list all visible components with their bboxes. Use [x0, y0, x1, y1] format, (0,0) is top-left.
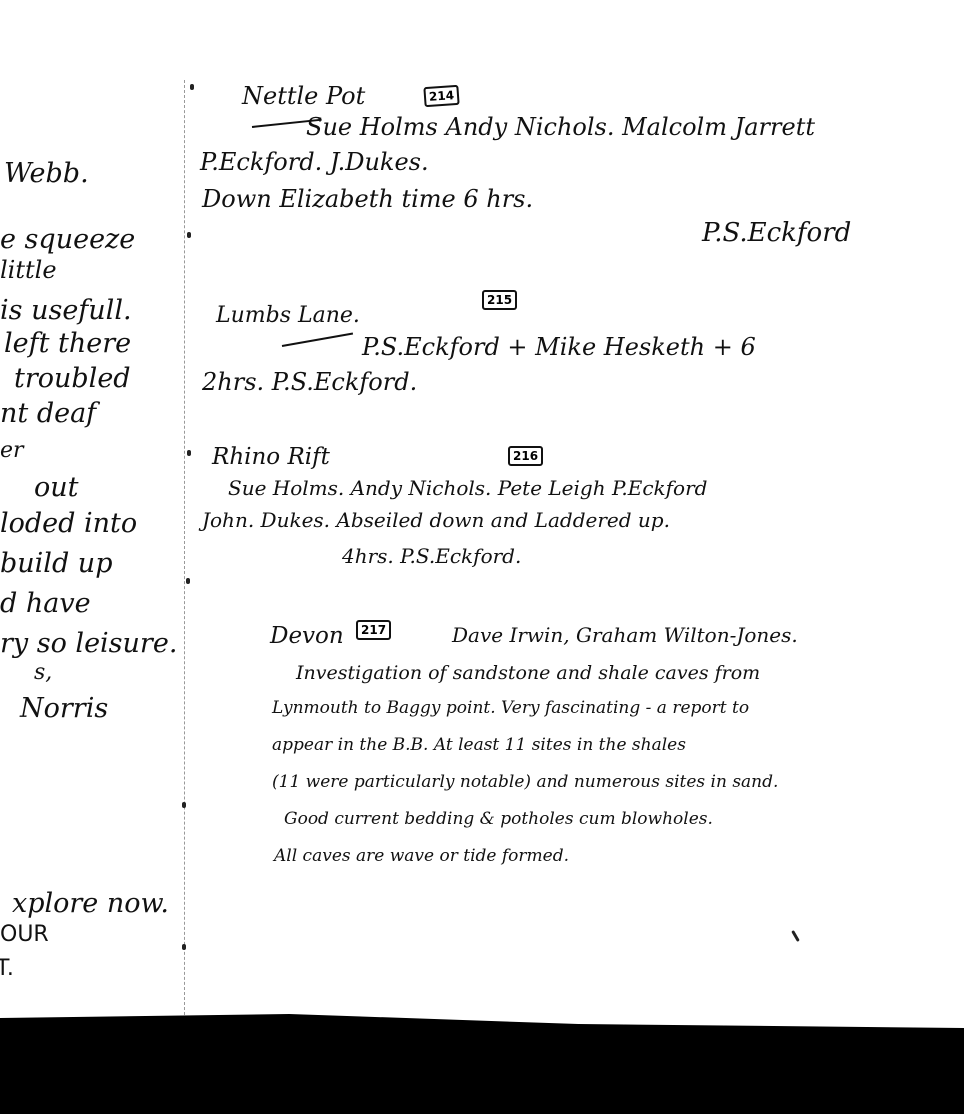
left-line: out	[34, 474, 79, 501]
entry-line: P.Eckford. J.Dukes.	[200, 150, 429, 174]
entry-line: 2hrs. P.S.Eckford.	[202, 370, 417, 394]
entry-line: Down Elizabeth time 6 hrs.	[202, 187, 533, 211]
entry-line: Investigation of sandstone and shale cav…	[296, 664, 760, 683]
stray-mark	[791, 930, 800, 942]
left-line: ry so leisure.	[0, 630, 177, 657]
signature: P.S.Eckford	[702, 220, 851, 246]
page-fold	[184, 80, 186, 1015]
entry-title: Nettle Pot	[242, 84, 365, 108]
fold-mark	[182, 944, 186, 950]
left-line: OUR	[0, 924, 49, 946]
left-line: Norris	[20, 695, 108, 722]
left-line: e squeeze	[0, 226, 135, 253]
entry-line: Lynmouth to Baggy point. Very fascinatin…	[272, 700, 749, 717]
entry-header-names: Dave Irwin, Graham Wilton-Jones.	[452, 625, 798, 645]
left-line: is usefull.	[0, 297, 132, 324]
title-underline	[282, 333, 353, 347]
entry-number-box: 215	[482, 290, 517, 310]
fold-mark	[187, 232, 191, 238]
left-line: left there	[4, 330, 131, 357]
entry-line: All caves are wave or tide formed.	[274, 848, 569, 865]
left-line: xplore now.	[12, 890, 169, 917]
left-line: T.	[0, 958, 14, 980]
entry-title: Rhino Rift	[212, 446, 330, 469]
left-line: build up	[0, 550, 112, 577]
entry-number-box: 217	[356, 620, 391, 640]
entry-line: 4hrs. P.S.Eckford.	[342, 546, 521, 566]
entry-line: (11 were particularly notable) and numer…	[272, 774, 778, 791]
entry-line: appear in the B.B. At least 11 sites in …	[272, 737, 686, 754]
entry-line: P.S.Eckford + Mike Hesketh + 6	[362, 335, 756, 359]
left-line: Webb.	[4, 160, 89, 187]
scan-background	[0, 1012, 964, 1114]
left-line: s,	[34, 662, 52, 684]
entry-line: Sue Holms. Andy Nichols. Pete Leigh P.Ec…	[228, 478, 707, 498]
left-line: little	[0, 258, 57, 282]
entry-title: Lumbs Lane.	[216, 305, 360, 327]
fold-mark	[182, 802, 186, 808]
left-line: er	[0, 440, 24, 462]
left-line: nt deaf	[0, 400, 96, 427]
entry-line: Sue Holms Andy Nichols. Malcolm Jarrett	[306, 115, 815, 139]
left-line: loded into	[0, 510, 137, 537]
fold-mark	[190, 84, 194, 90]
left-line: d have	[0, 590, 91, 617]
entry-number-box: 216	[508, 446, 543, 466]
entry-line: John. Dukes. Abseiled down and Laddered …	[202, 510, 670, 530]
fold-mark	[186, 578, 190, 584]
left-line: troubled	[14, 365, 131, 392]
notebook-page-scan: Webb. e squeeze little is usefull. left …	[0, 0, 964, 1114]
entry-line: Good current bedding & potholes cum blow…	[284, 811, 713, 828]
fold-mark	[187, 450, 191, 456]
entry-title: Devon	[270, 625, 344, 648]
entry-number-box: 214	[423, 85, 459, 107]
